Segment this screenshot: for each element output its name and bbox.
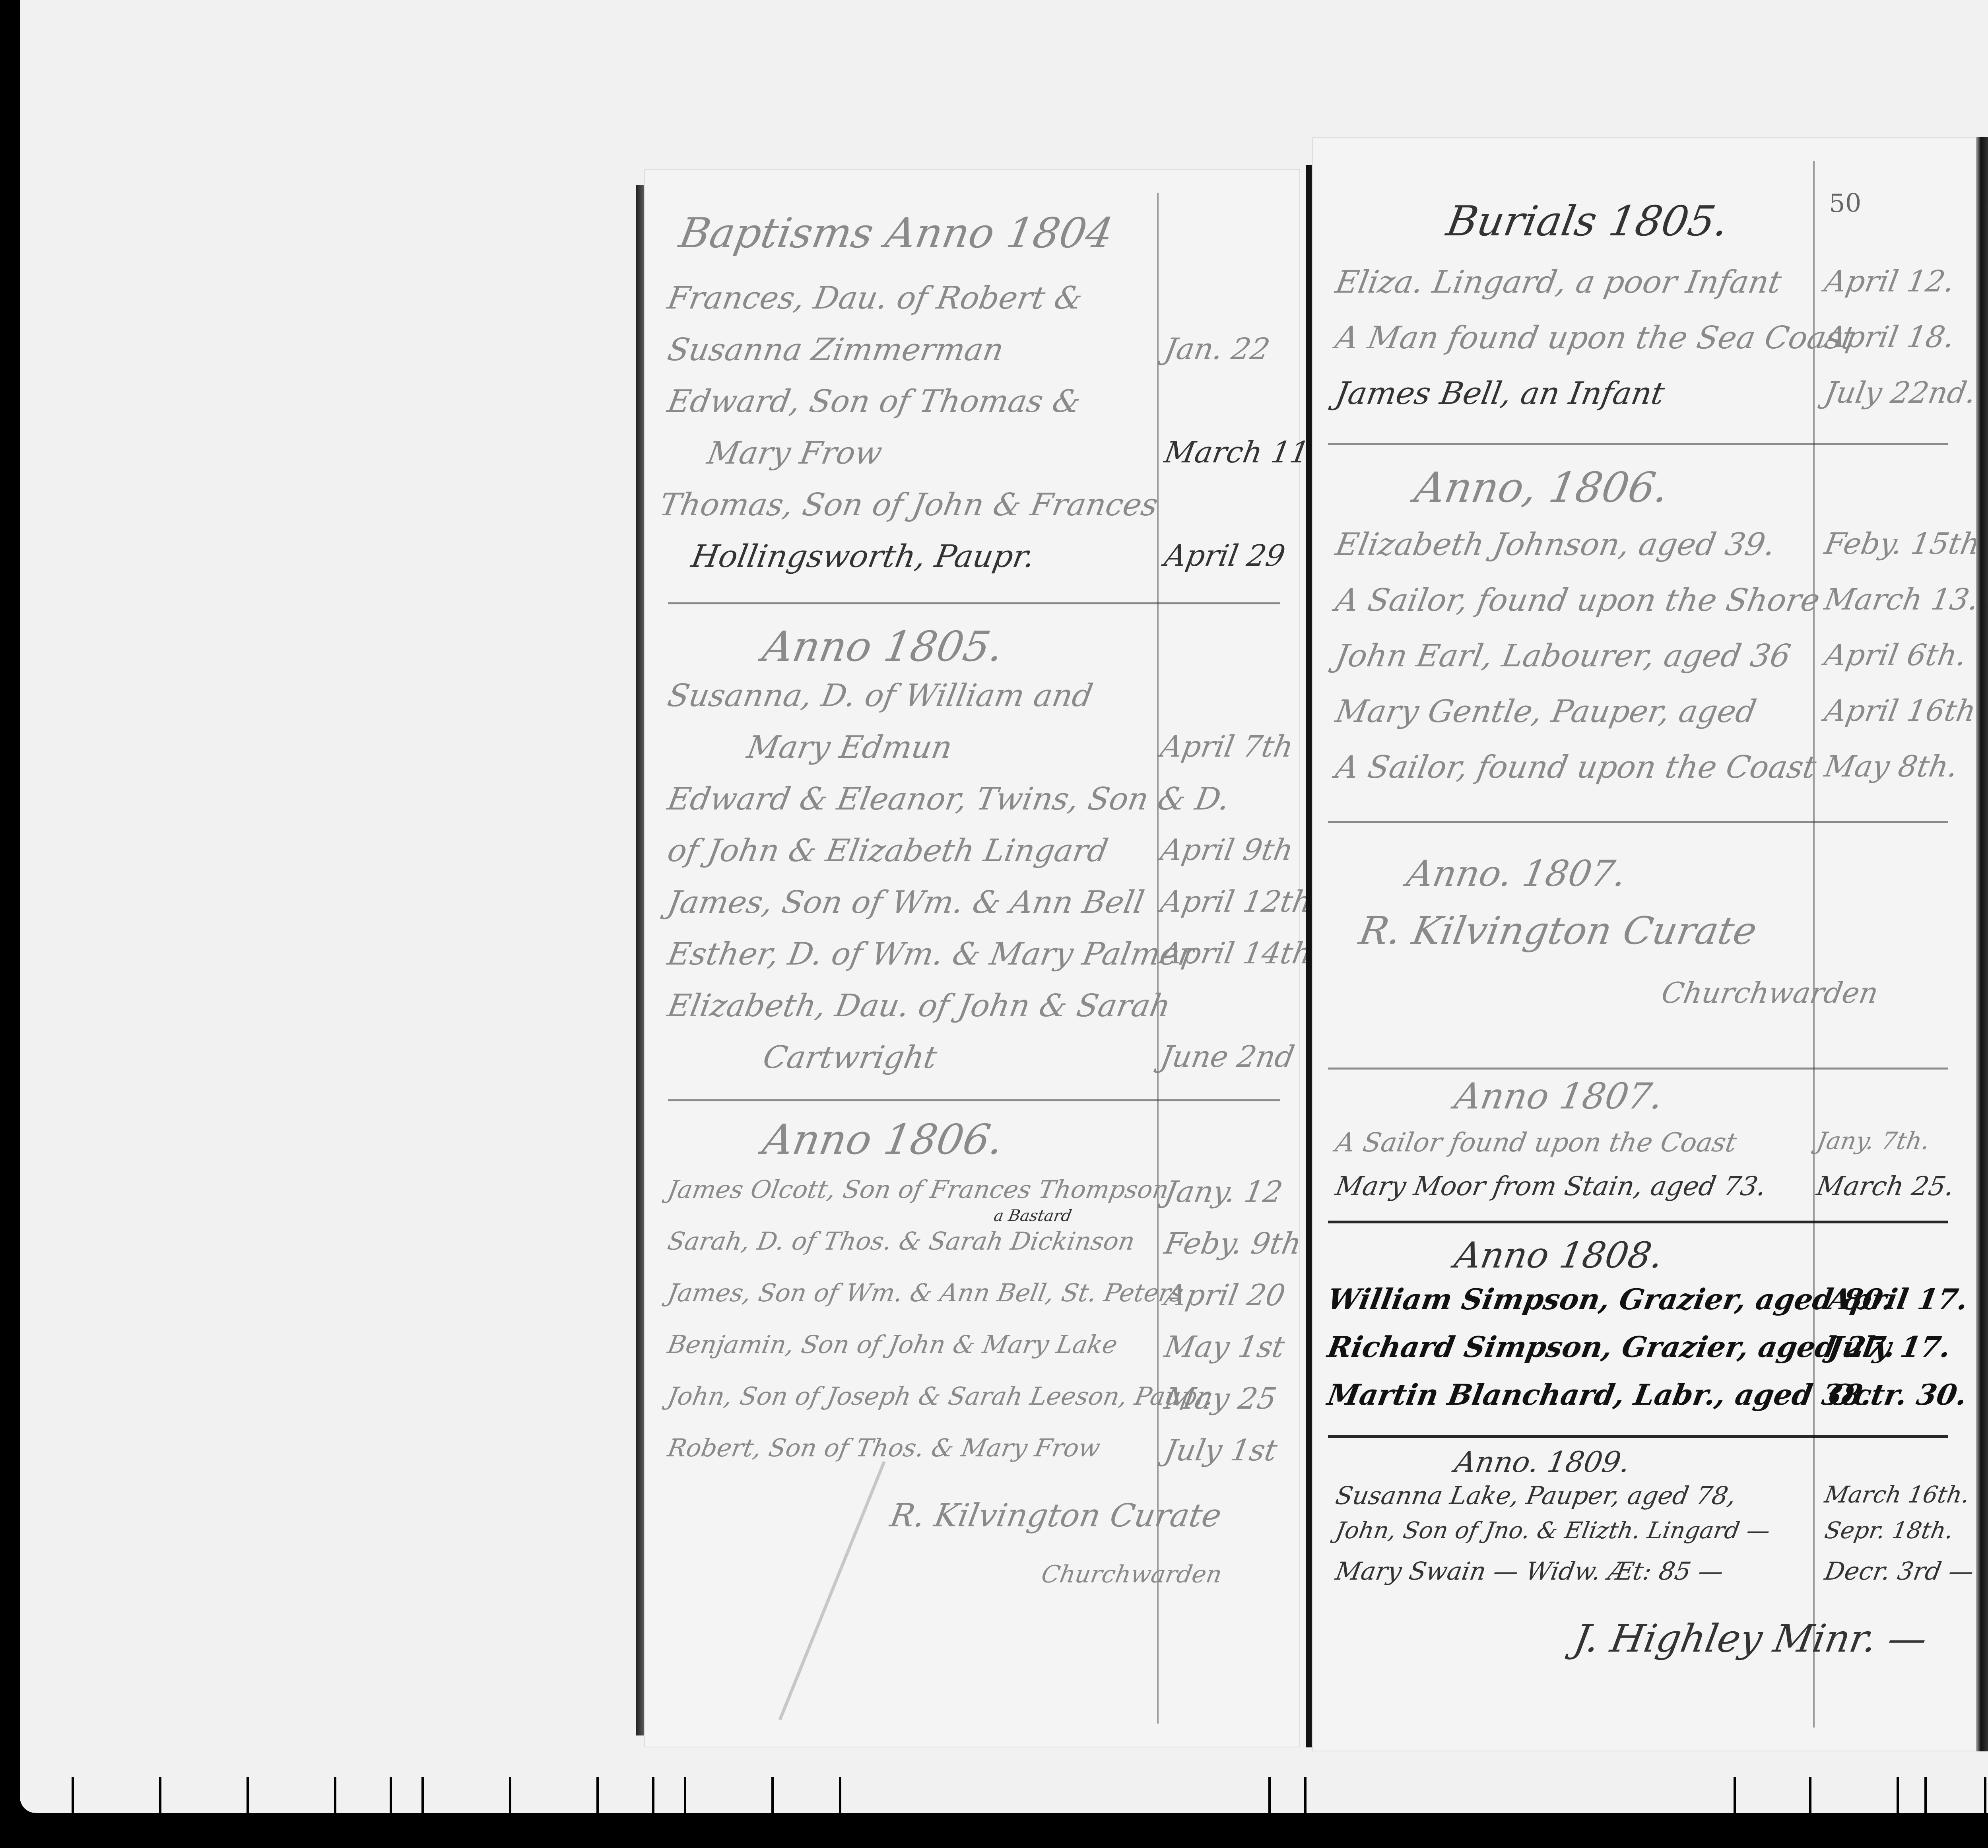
entry-line: Robert, Son of Thos. & Mary Frow xyxy=(666,1433,1103,1462)
curate-signature: R. Kilvington Curate xyxy=(1356,908,1760,953)
year-heading: Anno 1807. xyxy=(1452,1075,1666,1117)
burial-entry: Richard Simpson, Grazier, aged 27. xyxy=(1325,1330,1899,1364)
year-heading: Anno 1808. xyxy=(1452,1235,1666,1276)
year-heading: Anno 1806. xyxy=(759,1115,1007,1164)
pencil-stroke xyxy=(779,1461,886,1720)
year-heading: Anno 1805. xyxy=(759,622,1007,671)
entry-note: a Bastard xyxy=(992,1207,1073,1225)
entry-line: James Olcott, Son of Frances Thompson xyxy=(666,1175,1171,1204)
burial-entry: Elizabeth Johnson, aged 39. xyxy=(1333,527,1778,563)
entry-date: April 9th xyxy=(1158,833,1296,867)
burial-date: April 16th. xyxy=(1822,694,1988,728)
burial-entry: Susanna Lake, Pauper, aged 78, xyxy=(1334,1481,1738,1510)
entry-line: James, Son of Wm. & Ann Bell xyxy=(665,885,1147,920)
microfilm-frame: Baptisms Anno 1804 Frances, Dau. of Robe… xyxy=(20,0,1988,1813)
entry-date: April 12th xyxy=(1158,885,1314,919)
burial-entry: A Sailor, found upon the Shore xyxy=(1333,582,1823,618)
burial-entry: John Earl, Labourer, aged 36 xyxy=(1333,638,1793,674)
burial-entry: John, Son of Jno. & Elizth. Lingard — xyxy=(1334,1517,1772,1544)
burial-date: Feby. 15th. xyxy=(1822,527,1988,561)
entry-date: July 1st xyxy=(1162,1433,1279,1468)
entry-line: Susanna, D. of William and xyxy=(665,678,1095,714)
entry-date: April 7th xyxy=(1158,730,1296,764)
burial-date: Sepr. 18th. xyxy=(1823,1517,1955,1544)
burial-date: July 17. xyxy=(1826,1330,1954,1364)
entry-date: Feby. 9th xyxy=(1162,1227,1304,1261)
entry-date: March 11 xyxy=(1162,435,1312,470)
burial-entry: A Sailor, found upon the Coast xyxy=(1333,749,1819,785)
entry-line: of John & Elizabeth Lingard xyxy=(665,833,1111,869)
entry-date: May 1st xyxy=(1162,1330,1287,1364)
burial-entry: A Man found upon the Sea Coast xyxy=(1333,320,1858,356)
burial-entry: Mary Swain — Widw. Æt: 85 — xyxy=(1334,1557,1726,1586)
register-book: Baptisms Anno 1804 Frances, Dau. of Robe… xyxy=(628,137,1988,1751)
burial-date: May 8th. xyxy=(1822,749,1960,784)
section-divider xyxy=(1328,1068,1948,1070)
entry-date: Jany. 12 xyxy=(1162,1175,1285,1209)
date-column-rule xyxy=(1813,161,1815,1728)
burial-date: March 25. xyxy=(1814,1171,1956,1202)
burial-entry: A Sailor found upon the Coast xyxy=(1333,1127,1739,1158)
entry-line: Frances, Dau. of Robert & xyxy=(665,280,1085,316)
entry-date: April 20 xyxy=(1162,1278,1287,1312)
burial-date: April 18. xyxy=(1822,320,1957,354)
churchwarden-signature: Churchwarden xyxy=(1659,976,1881,1009)
page-stack-right xyxy=(1976,137,1988,1751)
curate-signature: R. Kilvington Curate xyxy=(887,1497,1224,1534)
entry-line: Edward, Son of Thomas & xyxy=(665,384,1083,419)
entry-line: James, Son of Wm. & Ann Bell, St. Peters xyxy=(666,1278,1186,1307)
entry-line: Sarah, D. of Thos. & Sarah Dickinson xyxy=(666,1227,1137,1256)
burial-date: Jany. 7th. xyxy=(1815,1127,1932,1155)
entry-date: May 25 xyxy=(1162,1382,1279,1416)
entry-line: Edward & Eleanor, Twins, Son & D. xyxy=(665,781,1232,817)
burial-date: April 6th. xyxy=(1822,638,1969,672)
entry-line: Cartwright xyxy=(760,1040,940,1075)
burial-date: Decr. 3rd — xyxy=(1823,1557,1976,1586)
burial-date: Octr. 30. xyxy=(1826,1378,1970,1411)
entry-line: Elizabeth, Dau. of John & Sarah xyxy=(665,988,1173,1024)
entry-line: Benjamin, Son of John & Mary Lake xyxy=(666,1330,1120,1359)
burial-entry: Mary Gentle, Pauper, aged xyxy=(1333,694,1759,730)
entry-line: Hollingsworth, Paupr. xyxy=(689,539,1037,575)
year-heading: Anno, 1806. xyxy=(1411,463,1672,512)
right-page-burials: Burials 1805. 50 Eliza. Lingard, a poor … xyxy=(1312,137,1980,1751)
burial-entry: James Bell, an Infant xyxy=(1333,376,1667,412)
entry-line: Mary Frow xyxy=(705,435,885,471)
burial-entry: Mary Moor from Stain, aged 73. xyxy=(1333,1171,1769,1202)
burial-date: March 13. xyxy=(1822,582,1981,617)
burial-date: April 12. xyxy=(1822,264,1957,299)
burial-entry: Martin Blanchard, Labr., aged 38. xyxy=(1325,1378,1875,1411)
entry-line: Thomas, Son of John & Frances xyxy=(657,487,1161,523)
burial-date: April 17. xyxy=(1826,1282,1971,1316)
churchwarden-signature: Churchwarden xyxy=(1039,1561,1224,1588)
baptisms-heading: Baptisms Anno 1804 xyxy=(676,209,1116,257)
entry-line: Susanna Zimmerman xyxy=(665,332,1006,368)
burials-heading: Burials 1805. xyxy=(1443,197,1732,245)
left-page-baptisms: Baptisms Anno 1804 Frances, Dau. of Robe… xyxy=(644,169,1300,1747)
page-number: 50 xyxy=(1829,189,1861,218)
entry-line: John, Son of Joseph & Sarah Leeson, Paup… xyxy=(666,1382,1216,1411)
section-divider xyxy=(1328,821,1948,823)
entry-date: April 29 xyxy=(1162,539,1287,573)
section-divider xyxy=(668,1099,1280,1101)
section-divider xyxy=(1328,1435,1948,1438)
year-heading: Anno. 1807. xyxy=(1404,853,1629,895)
section-divider xyxy=(1328,443,1948,445)
burial-entry: Eliza. Lingard, a poor Infant xyxy=(1333,264,1784,300)
entry-line: Esther, D. of Wm. & Mary Palmer xyxy=(665,936,1196,972)
section-divider xyxy=(668,602,1280,604)
year-heading: Anno. 1809. xyxy=(1452,1445,1633,1479)
entry-date: Jan. 22 xyxy=(1162,332,1272,366)
entry-line: Mary Edmun xyxy=(744,730,955,765)
minister-signature: J. Highley Minr. — xyxy=(1571,1616,1930,1661)
book-spine xyxy=(1306,165,1312,1747)
film-edge-marks xyxy=(20,1765,1988,1813)
burial-date: March 16th. xyxy=(1823,1481,1972,1508)
entry-date: June 2nd xyxy=(1158,1040,1297,1074)
entry-date: April 14th xyxy=(1158,936,1314,971)
burial-entry: William Simpson, Grazier, aged 80. xyxy=(1325,1282,1896,1316)
burial-date: July 22nd. xyxy=(1822,376,1978,410)
section-divider xyxy=(1328,1221,1948,1223)
